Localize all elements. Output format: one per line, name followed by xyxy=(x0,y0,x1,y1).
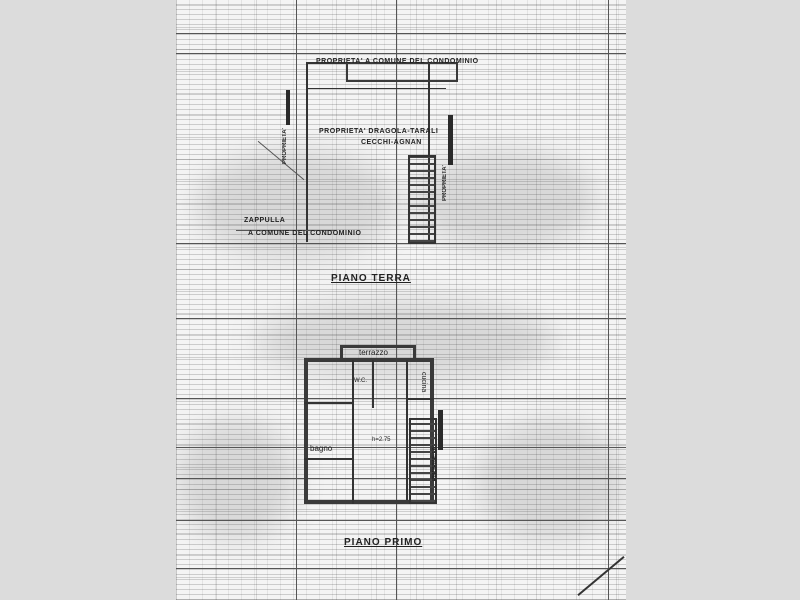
label-zappulla: ZAPPULLA xyxy=(244,217,285,224)
label-property-owners-2: CECCHI-AGNAN xyxy=(361,139,422,146)
ground-floor-stairs xyxy=(408,155,436,244)
room-label-bath: bagno xyxy=(310,444,332,453)
label-property-owners: PROPRIETA' DRAGOLA-TARALI xyxy=(319,128,438,135)
label-common-property-top: PROPRIETA' A COMUNE DEL CONDOMINIO xyxy=(316,58,479,65)
scanned-floor-plan-page: PROPRIETA' A COMUNE DEL CONDOMINIO PROPR… xyxy=(176,0,626,600)
first-floor-title: PIANO PRIMO xyxy=(344,537,422,548)
room-label-terrace: terrazzo xyxy=(359,348,388,357)
room-label-kitchen: cucina xyxy=(420,372,427,392)
ground-floor-title: PIANO TERRA xyxy=(331,273,411,284)
label-first-floor-property: PROPRIETA' xyxy=(432,445,438,481)
label-common-property-bottom: A COMUNE DEL CONDOMINIO xyxy=(248,230,361,237)
label-left-property: PROPRIETA' xyxy=(282,128,288,164)
room-label-wc: W.C. xyxy=(354,378,367,384)
label-right-property: PROPRIETA' xyxy=(442,165,448,201)
height-annotation: h=2.75 xyxy=(372,437,391,443)
